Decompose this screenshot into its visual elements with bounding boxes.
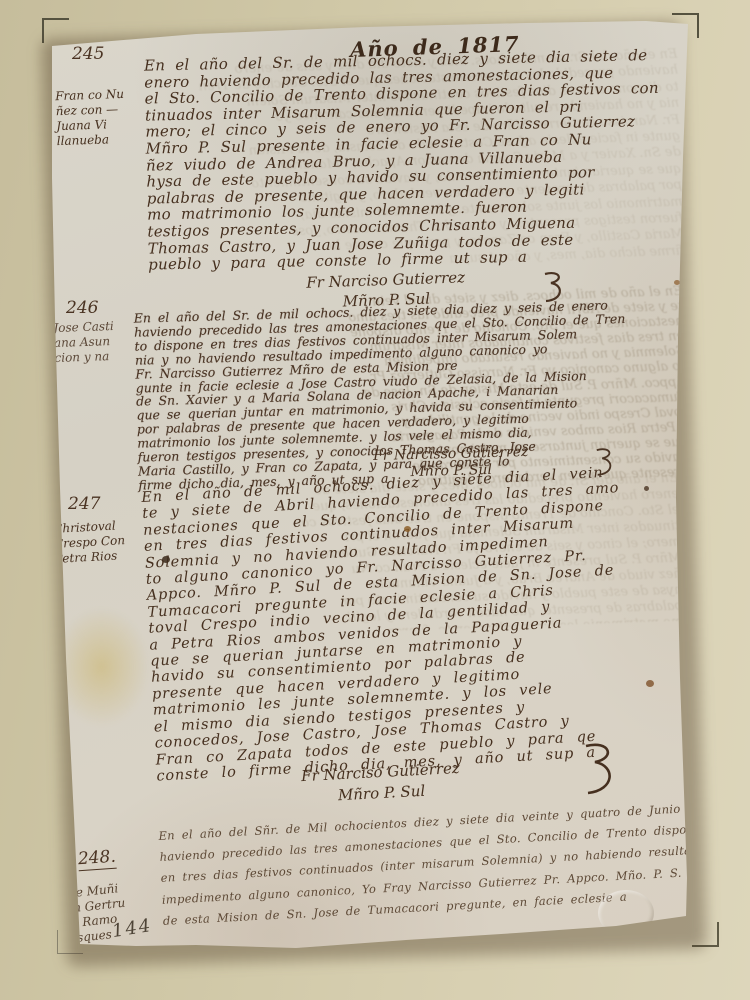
entry-number: 248. [77,847,116,872]
ink-speck [644,486,649,491]
entry-number: 246 [66,298,98,318]
entry-body: En el año del Sr. de mil ochocs. diez y … [144,46,683,273]
entry-number: 247 [68,494,100,514]
margin-names: ChristovalCrespo ConPetra Rios [53,518,126,567]
manuscript-page: En el año del Sr. de mil ochocs. diez y … [46,18,694,954]
margin-name-line: Petra Rios [54,548,126,567]
ink-speck [674,280,680,285]
ink-speck [646,680,654,687]
ink-speck [404,526,411,532]
margin-names: Jose Castiana Asuncion y na [53,319,115,366]
manuscript-photograph: En el año del Sr. de mil ochocs. diez y … [0,0,750,1000]
margin-names: Fran co Nuñez con —Juana Villanueba [55,87,126,149]
margin-name-line: llanueba [57,132,126,149]
margin-name-line: ñez con — [55,102,124,119]
rubric-flourish-icon [582,740,618,798]
entry-number: 245 [72,44,104,64]
entry-body: En el año de mil ochocs. diez y siete di… [141,461,691,785]
ink-speck [162,556,170,563]
margin-name-line: cion y na [54,349,115,366]
